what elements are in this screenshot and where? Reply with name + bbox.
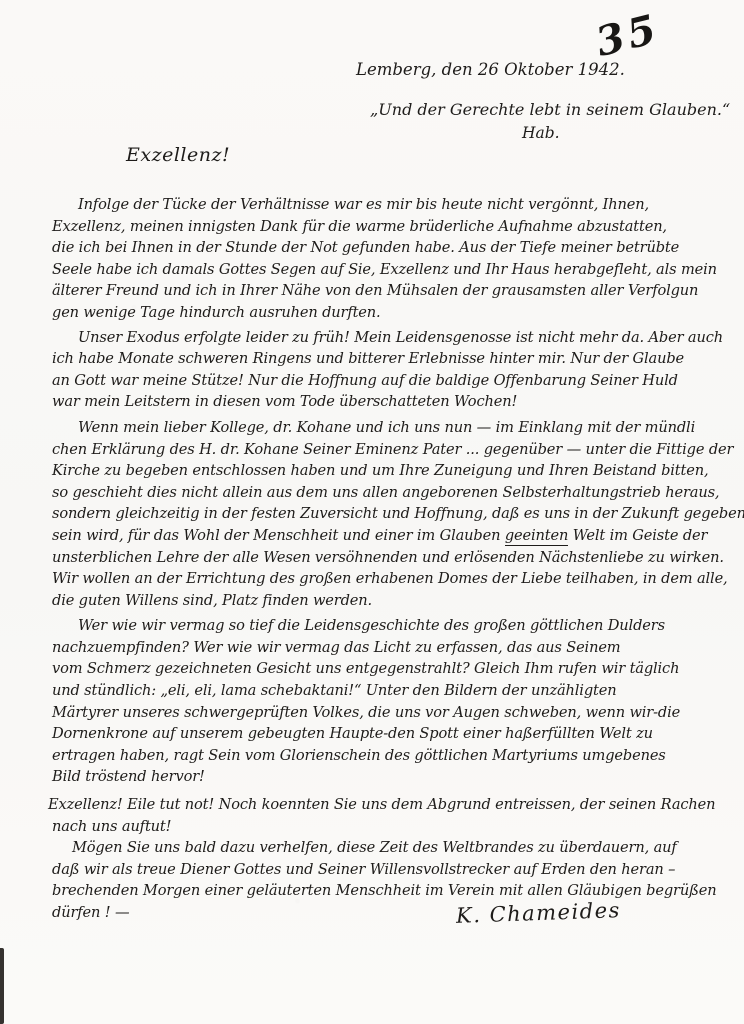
handwritten-line: an Gott war meine Stütze! Nur die Hoffnu…: [52, 370, 736, 392]
handwritten-line: sondern gleichzeitig in der festen Zuver…: [52, 503, 736, 525]
paragraph: Infolge der Tücke der Verhältnisse war e…: [52, 194, 736, 324]
line-segment: Welt im Geiste der: [568, 527, 707, 544]
handwritten-line: Dornenkrone auf unserem gebeugten Haupte…: [52, 723, 736, 745]
paragraph: Mögen Sie uns bald dazu verhelfen, diese…: [52, 837, 736, 923]
handwritten-line: so geschieht dies nicht allein aus dem u…: [52, 482, 736, 504]
paragraph: Exzellenz! Eile tut not! Noch koennten S…: [52, 794, 736, 837]
handwritten-line: chen Erklärung des H. dr. Kohane Seiner …: [52, 439, 736, 461]
handwritten-line: Kirche zu begeben entschlossen haben und…: [52, 460, 736, 482]
handwritten-line: und stündlich: „eli, eli, lama schebakta…: [52, 680, 736, 702]
line-segment: sein wird, für das Wohl der Menschheit u…: [52, 527, 505, 544]
motto-source: Hab.: [522, 124, 560, 142]
handwritten-line: Exzellenz! Eile tut not! Noch koennten S…: [52, 794, 736, 816]
handwritten-line: nach uns auftut!: [52, 816, 736, 838]
paragraph: Wenn mein lieber Kollege, dr. Kohane und…: [52, 417, 736, 611]
handwritten-line: Märtyrer unseres schwergeprüften Volkes,…: [52, 702, 736, 724]
paragraph: Unser Exodus erfolgte leider zu früh! Me…: [52, 327, 736, 413]
handwritten-line: Wenn mein lieber Kollege, dr. Kohane und…: [52, 417, 736, 439]
handwritten-line: nachzuempfinden? Wer wie wir vermag das …: [52, 637, 736, 659]
handwritten-line: älterer Freund und ich in Ihrer Nähe von…: [52, 280, 736, 302]
handwritten-line: unsterblichen Lehre der alle Wesen versö…: [52, 547, 736, 569]
handwritten-line: Wir wollen an der Errichtung des großen …: [52, 568, 736, 590]
handwritten-line: daß wir als treue Diener Gottes und Sein…: [52, 859, 736, 881]
paragraph: Wer wie wir vermag so tief die Leidensge…: [52, 615, 736, 788]
handwritten-line: dürfen ! —: [52, 902, 736, 924]
handwritten-line: gen wenige Tage hindurch ausruhen durfte…: [52, 302, 736, 324]
handwritten-line: ertragen haben, ragt Sein vom Gloriensch…: [52, 745, 736, 767]
letter-body: Infolge der Tücke der Verhältnisse war e…: [52, 194, 736, 924]
handwritten-line: die guten Willens sind, Platz finden wer…: [52, 590, 736, 612]
handwritten-line: sein wird, für das Wohl der Menschheit u…: [52, 525, 736, 547]
handwritten-line: war mein Leitstern in diesen vom Tode üb…: [52, 391, 736, 413]
handwritten-line: Bild tröstend hervor!: [52, 766, 736, 788]
page-number: 35: [591, 5, 664, 66]
salutation: Exzellenz!: [126, 144, 230, 166]
handwritten-line: Infolge der Tücke der Verhältnisse war e…: [52, 194, 736, 216]
handwritten-line: Unser Exodus erfolgte leider zu früh! Me…: [52, 327, 736, 349]
handwritten-line: Seele habe ich damals Gottes Segen auf S…: [52, 259, 736, 281]
handwritten-line: Exzellenz, meinen innigsten Dank für die…: [52, 216, 736, 238]
handwritten-line: brechenden Morgen einer geläuterten Mens…: [52, 880, 736, 902]
scan-edge-artifact: [0, 948, 4, 1024]
handwritten-line: ich habe Monate schweren Ringens und bit…: [52, 348, 736, 370]
handwritten-line: vom Schmerz gezeichneten Gesicht uns ent…: [52, 658, 736, 680]
letter-page: 35 Lemberg, den 26 Oktober 1942. „Und de…: [0, 0, 744, 1024]
handwritten-line: Wer wie wir vermag so tief die Leidensge…: [52, 615, 736, 637]
handwritten-line: die ich bei Ihnen in der Stunde der Not …: [52, 237, 736, 259]
handwritten-line: Mögen Sie uns bald dazu verhelfen, diese…: [52, 837, 736, 859]
dateline: Lemberg, den 26 Oktober 1942.: [356, 60, 625, 79]
underlined-word: geeinten: [505, 527, 568, 546]
motto-quote: „Und der Gerechte lebt in seinem Glauben…: [370, 100, 730, 119]
